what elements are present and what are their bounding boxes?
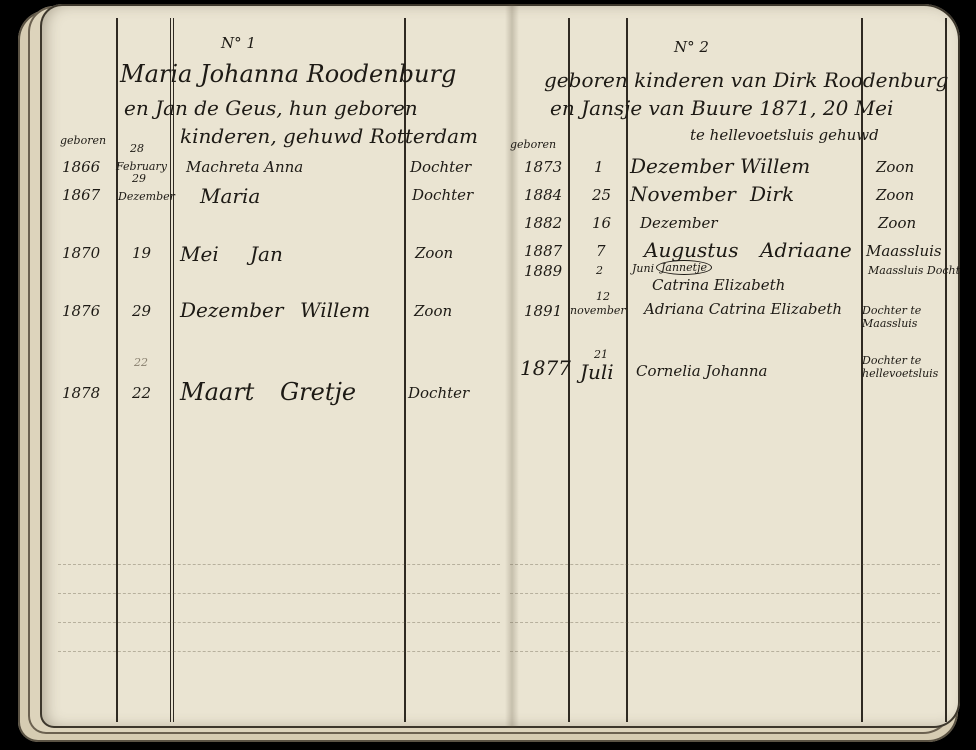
right-entry-6-relation: Dochter te Maassluis	[862, 304, 942, 330]
left-entry-2-year: 1867	[62, 186, 100, 204]
left-entry-2-day: 29	[132, 172, 146, 185]
left-col-header-year: geboren	[60, 134, 106, 147]
left-entry-3-name: Jan	[250, 242, 283, 266]
left-entry-5-name: Gretje	[280, 378, 356, 406]
left-entry-3-year: 1870	[62, 244, 100, 262]
right-entry-2-relation: Zoon	[876, 186, 914, 204]
right-header-line-1: geboren kinderen van Dirk Roodenburg	[544, 68, 948, 92]
left-entry-2-month: Dezember	[118, 190, 175, 203]
left-entry-1-name: Machreta Anna	[186, 158, 303, 176]
right-entry-2-month: November	[630, 182, 736, 206]
right-entry-5-name: Catrina Elizabeth	[652, 276, 785, 294]
right-entry-1-year: 1873	[524, 158, 562, 176]
left-header-line-1: Maria Johanna Roodenburg	[120, 60, 456, 88]
left-entry-2-name: Maria	[200, 184, 260, 208]
left-entry-5-relation: Dochter	[408, 384, 469, 402]
left-entry-4-name: Willem	[300, 298, 370, 322]
rule-left-year	[116, 18, 118, 722]
right-entry-5-month: Juni	[632, 262, 654, 275]
right-entry-6-name: Adriana Catrina Elizabeth	[644, 300, 842, 318]
right-entry-3-relation: Zoon	[878, 214, 916, 232]
right-entry-4-month: Augustus	[644, 238, 738, 262]
left-header-line-3: kinderen, gehuwd Rotterdam	[180, 124, 478, 148]
right-entry-4-year: 1887	[524, 242, 562, 260]
left-entry-5-year: 1878	[62, 384, 100, 402]
right-entry-1-month: Dezember	[630, 154, 733, 178]
right-entry-3-day: 16	[592, 214, 611, 232]
left-entry-1-day: 28	[130, 142, 144, 155]
right-entry-6-month: november	[570, 304, 626, 317]
right-col-header-year: geboren	[510, 138, 556, 151]
left-entry-3-relation: Zoon	[415, 244, 453, 262]
left-entry-1-year: 1866	[62, 158, 100, 176]
left-header-line-2: en Jan de Geus, hun geboren	[124, 96, 418, 120]
right-entry-2-year: 1884	[524, 186, 562, 204]
left-entry-5-day: 22	[132, 384, 151, 402]
left-entry-4-year: 1876	[62, 302, 100, 320]
book-gutter	[505, 4, 519, 728]
right-entry-5-day: 2	[596, 264, 603, 277]
right-page-number: N° 2	[674, 38, 709, 56]
left-entry-5-month: Maart	[180, 378, 254, 406]
right-entry-1-name: Willem	[740, 154, 810, 178]
right-entry-2-day: 25	[592, 186, 611, 204]
left-entry-4-month: Dezember	[180, 298, 283, 322]
left-entry-3-month: Mei	[180, 242, 219, 266]
right-entry-5-relation: Maassluis Dochter	[868, 264, 960, 277]
right-entry-5-name-note: Jannetje	[656, 260, 712, 275]
right-entry-4-day: 7	[596, 242, 606, 260]
right-entry-7-relation: Dochter te hellevoetsluis	[862, 354, 942, 380]
left-entry-1-relation: Dochter	[410, 158, 471, 176]
right-entry-1-day: 1	[594, 158, 604, 176]
right-entry-2-name: Dirk	[750, 182, 794, 206]
left-entry-4-day: 29	[132, 302, 151, 320]
right-entry-5-year: 1889	[524, 262, 562, 280]
left-entry-5-day-note: 22	[134, 356, 148, 369]
left-entry-3-day: 19	[132, 244, 151, 262]
rule-right-date	[626, 18, 628, 722]
right-entry-6-day: 12	[596, 290, 610, 303]
right-entry-1-relation: Zoon	[876, 158, 914, 176]
right-entry-4-name: Adriaane	[760, 238, 852, 262]
left-entry-2-relation: Dochter	[412, 186, 473, 204]
right-header-line-3: te hellevoetsluis gehuwd	[690, 126, 879, 144]
left-page-number: N° 1	[221, 34, 256, 52]
right-header-line-2: en Jansje van Buure 1871, 20 Mei	[550, 96, 893, 120]
left-entry-4-relation: Zoon	[414, 302, 452, 320]
right-entry-6-year: 1891	[524, 302, 562, 320]
right-entry-7-name: Cornelia Johanna	[636, 362, 767, 380]
right-entry-4-relation: Maassluis	[866, 242, 942, 260]
rule-left-date	[170, 18, 174, 722]
right-entry-7-year: 1877	[520, 356, 571, 380]
right-entry-3-year: 1882	[524, 214, 562, 232]
rule-right-edge	[945, 18, 947, 722]
right-entry-3-month: Dezember	[640, 214, 718, 232]
ledger-spread: N° 1 Maria Johanna Roodenburg en Jan de …	[40, 4, 960, 728]
right-entry-7-month: Juli	[580, 360, 614, 384]
